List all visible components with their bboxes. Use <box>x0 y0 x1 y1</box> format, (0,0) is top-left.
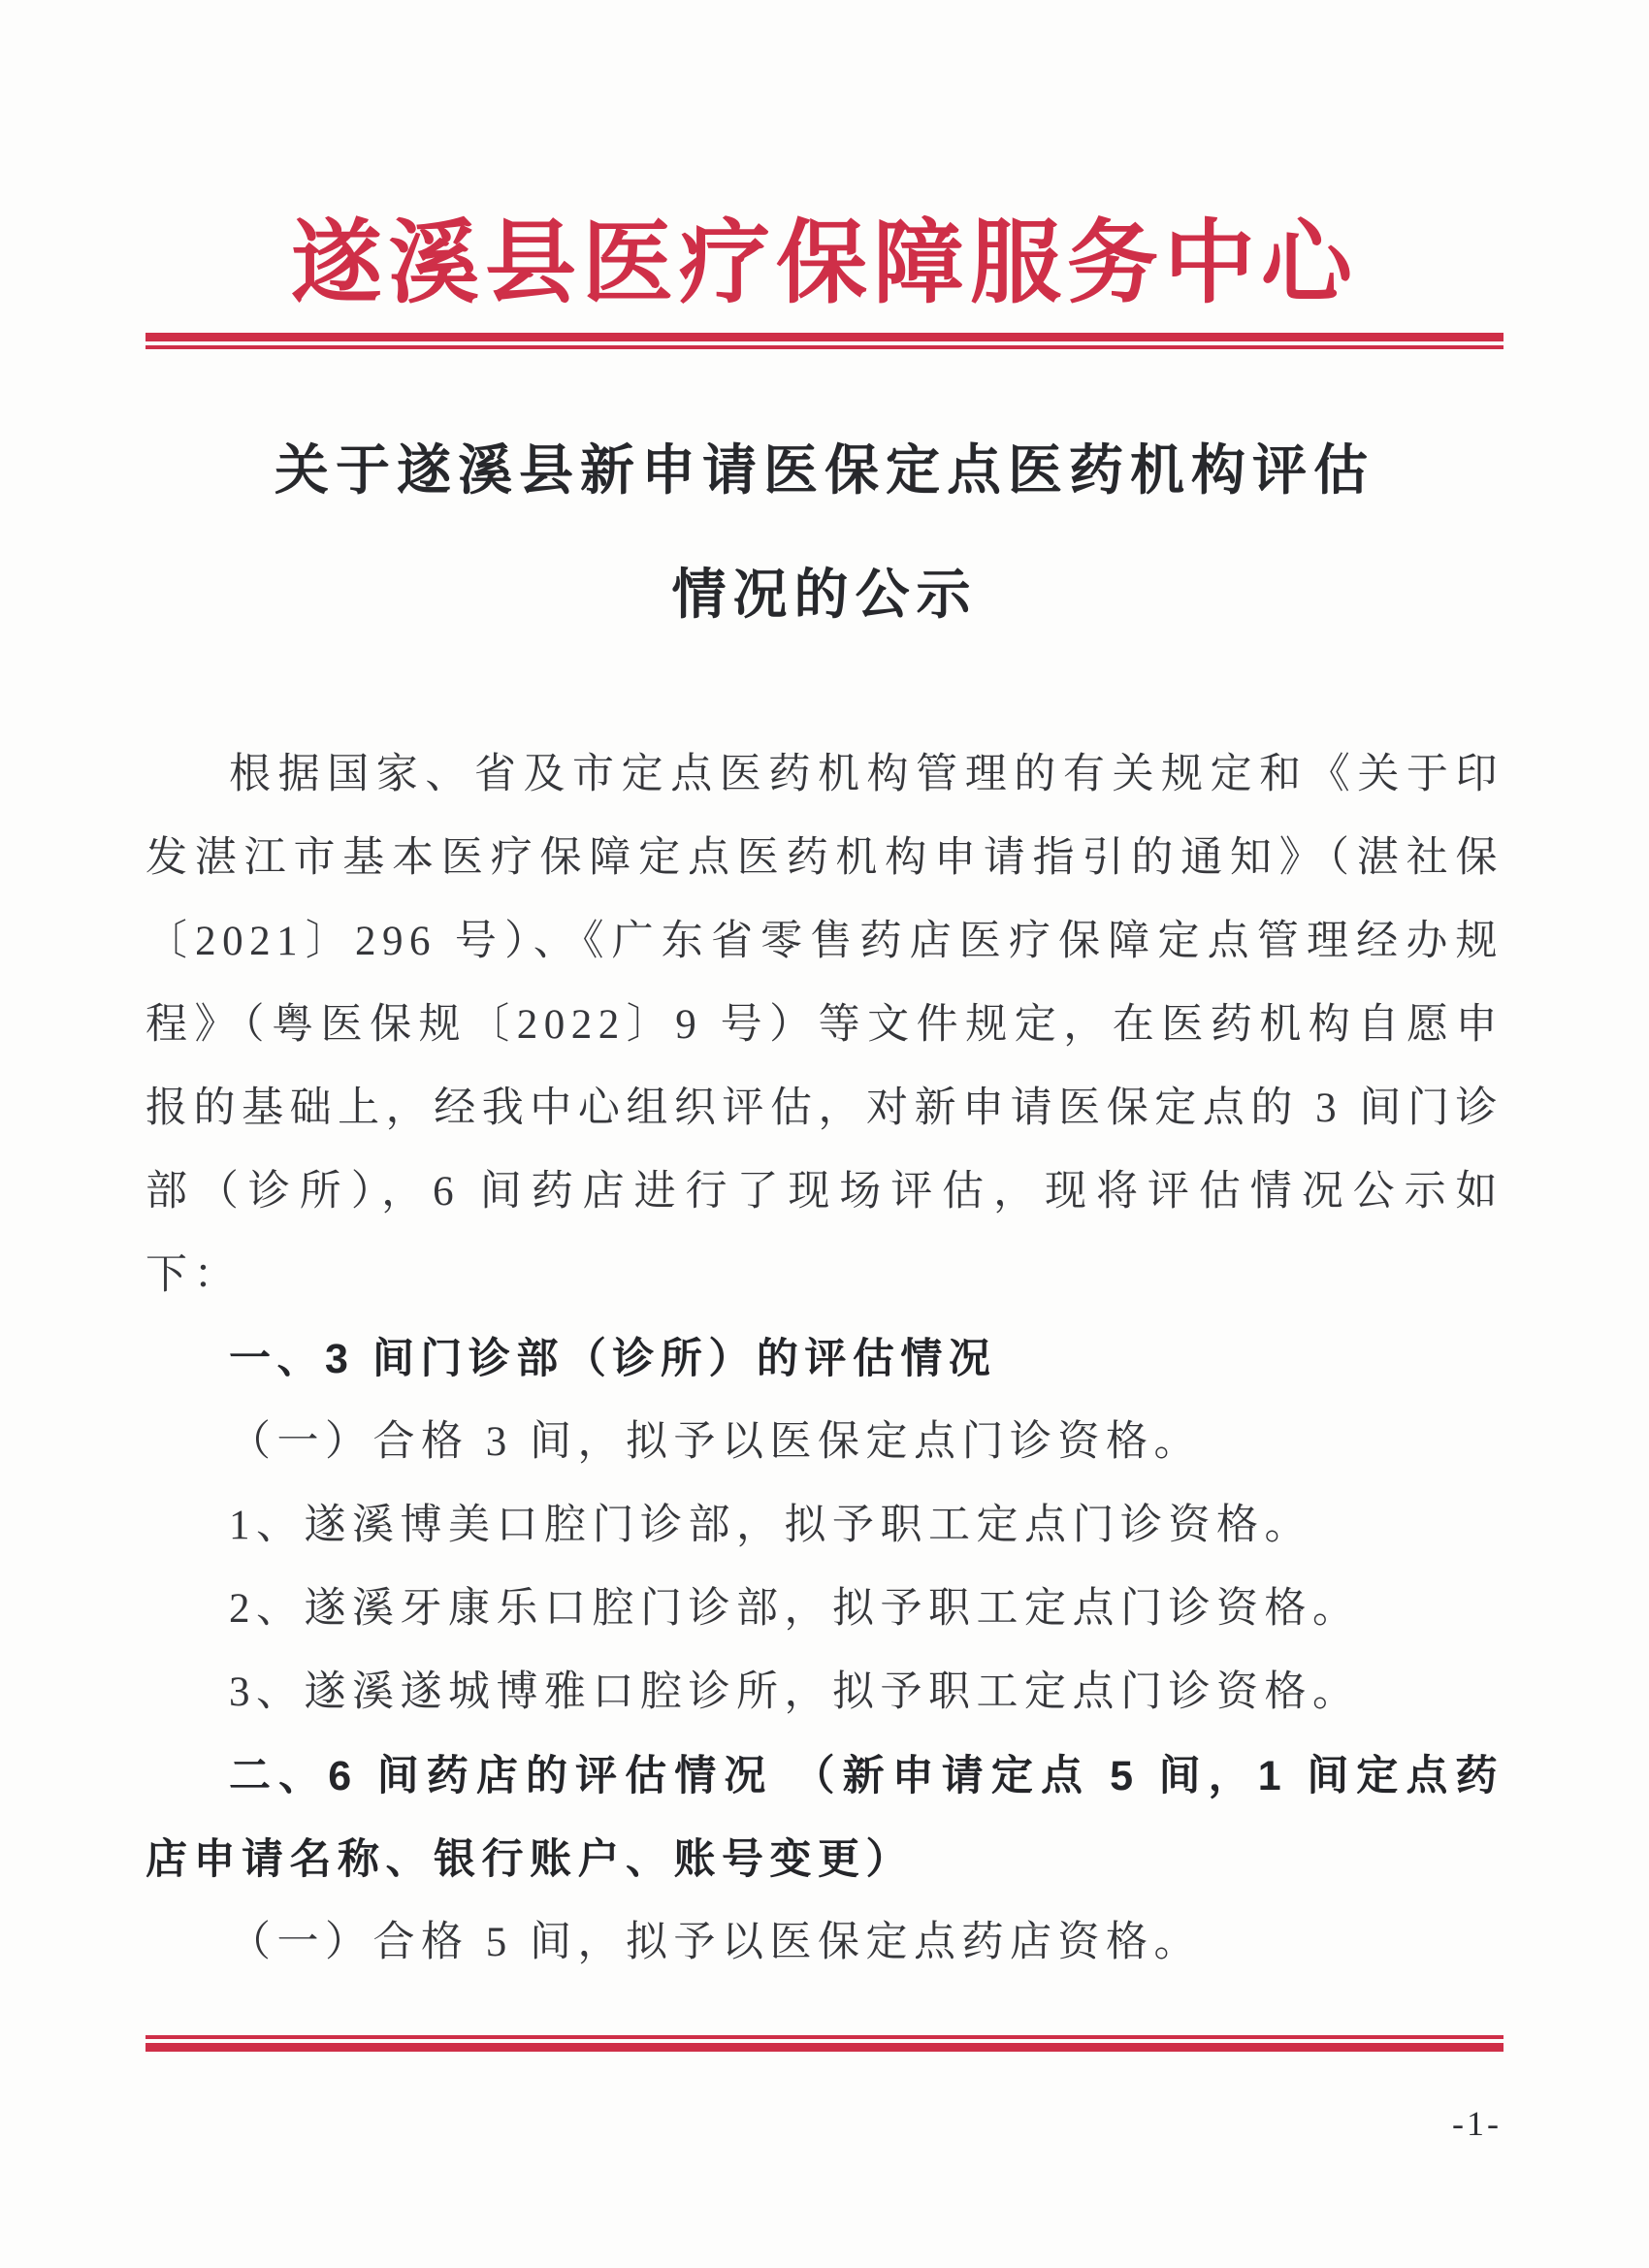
section2-heading: 二、6 间药店的评估情况 （新申请定点 5 间，1 间定点药店申请名称、银行账户… <box>145 1734 1503 1901</box>
document-title: 关于遂溪县新申请医保定点医药机构评估 情况的公示 <box>0 409 1649 658</box>
letterhead-org-name: 遂溪县医疗保障服务中心 <box>0 0 1649 319</box>
rule-bar-thin <box>145 345 1503 349</box>
document-page: 遂溪县医疗保障服务中心 关于遂溪县新申请医保定点医药机构评估 情况的公示 根据国… <box>0 0 1649 2268</box>
section1-item-1: 1、遂溪博美口腔门诊部，拟予职工定点门诊资格。 <box>145 1484 1503 1568</box>
letterhead-double-rule <box>145 333 1503 349</box>
section1-item-3: 3、遂溪遂城博雅口腔诊所，拟予职工定点门诊资格。 <box>145 1651 1503 1734</box>
document-title-line2: 情况的公示 <box>0 534 1649 658</box>
section1-heading: 一、3 间门诊部（诊所）的评估情况 <box>145 1317 1503 1401</box>
section1-item-2: 2、遂溪牙康乐口腔门诊部，拟予职工定点门诊资格。 <box>145 1568 1503 1651</box>
document-title-line1: 关于遂溪县新申请医保定点医药机构评估 <box>0 409 1649 534</box>
rule-bar-thick <box>145 333 1503 341</box>
rule-bar-thick <box>145 2043 1503 2052</box>
body-paragraph-intro: 根据国家、省及市定点医药机构管理的有关规定和《关于印发湛江市基本医疗保障定点医药… <box>145 733 1503 1317</box>
page-number: -1- <box>1452 2103 1502 2144</box>
footer-double-rule <box>145 2035 1503 2052</box>
section1-subitem: （一）合格 3 间，拟予以医保定点门诊资格。 <box>145 1401 1503 1484</box>
section2-subitem: （一）合格 5 间，拟予以医保定点药店资格。 <box>145 1901 1503 1985</box>
document-body: 根据国家、省及市定点医药机构管理的有关规定和《关于印发湛江市基本医疗保障定点医药… <box>145 733 1503 1985</box>
